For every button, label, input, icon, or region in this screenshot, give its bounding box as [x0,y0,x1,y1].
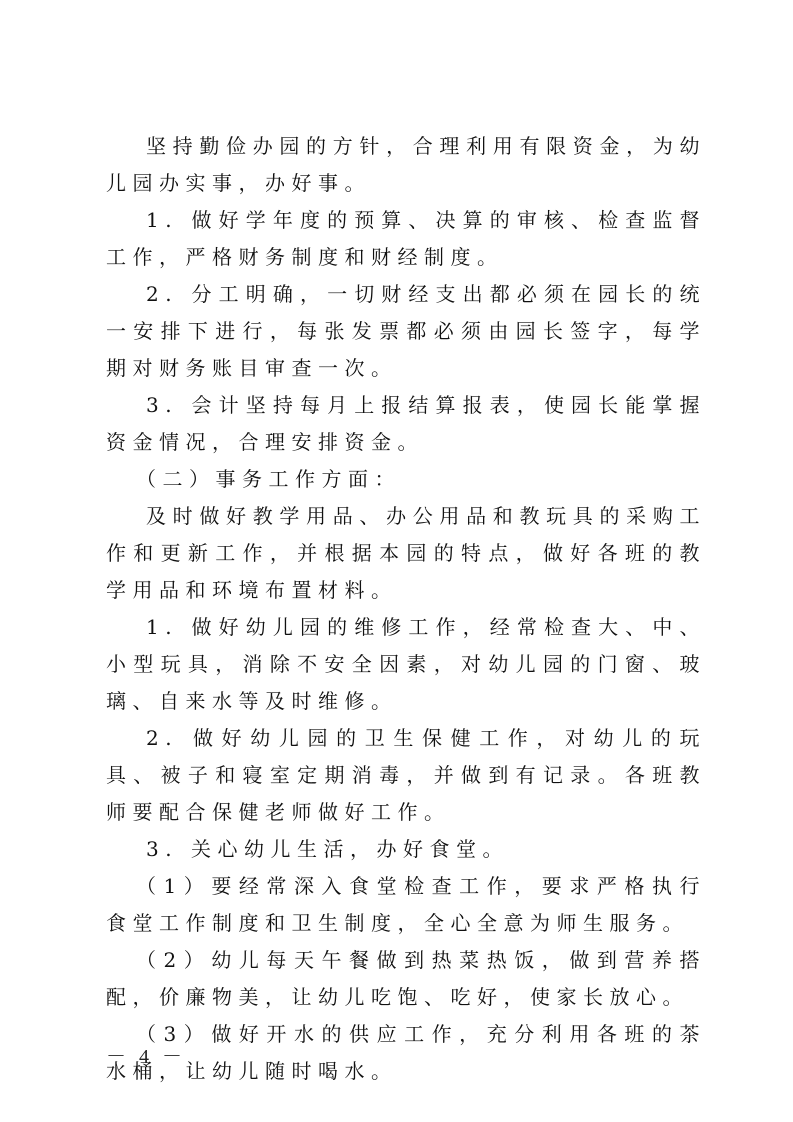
paragraph-canteen-2-lunch: （2）幼儿每天午餐做到热菜热饭，做到营养搭配，价廉物美，让幼儿吃饱、吃好，使家长… [106,942,706,1016]
paragraph-finance-2-division: 2. 分工明确，一切财经支出都必须在园长的统一安排下进行，每张发票都必须由园长签… [106,276,706,387]
paragraph-procurement: 及时做好教学用品、办公用品和教玩具的采购工作和更新工作，并根据本园的特点，做好各… [106,498,706,609]
paragraph-canteen-1-inspection: （1）要经常深入食堂检查工作，要求严格执行食堂工作制度和卫生制度，全心全意为师生… [106,868,706,942]
paragraph-affairs-1-maintenance: 1. 做好幼儿园的维修工作，经常检查大、中、小型玩具，消除不安全因素，对幼儿园的… [106,609,706,720]
document-body: 坚持勤俭办园的方针，合理利用有限资金，为幼儿园办实事，办好事。 1. 做好学年度… [106,128,706,1090]
paragraph-affairs-2-hygiene: 2. 做好幼儿园的卫生保健工作，对幼儿的玩具、被子和寝室定期消毒，并做到有记录。… [106,720,706,831]
paragraph-finance-1-budget: 1. 做好学年度的预算、决算的审核、检查监督工作，严格财务制度和财经制度。 [106,202,706,276]
paragraph-finance-3-accounting: 3. 会计坚持每月上报结算报表，使园长能掌握资金情况，合理安排资金。 [106,387,706,461]
paragraph-frugal-management: 坚持勤俭办园的方针，合理利用有限资金，为幼儿园办实事，办好事。 [106,128,706,202]
section-heading-affairs: （二）事务工作方面： [106,461,706,498]
paragraph-canteen-3-water: （3）做好开水的供应工作，充分利用各班的茶水桶，让幼儿随时喝水。 [106,1016,706,1090]
paragraph-affairs-3-canteen: 3. 关心幼儿生活，办好食堂。 [106,831,706,868]
page-number: － 4 － [106,1040,186,1069]
